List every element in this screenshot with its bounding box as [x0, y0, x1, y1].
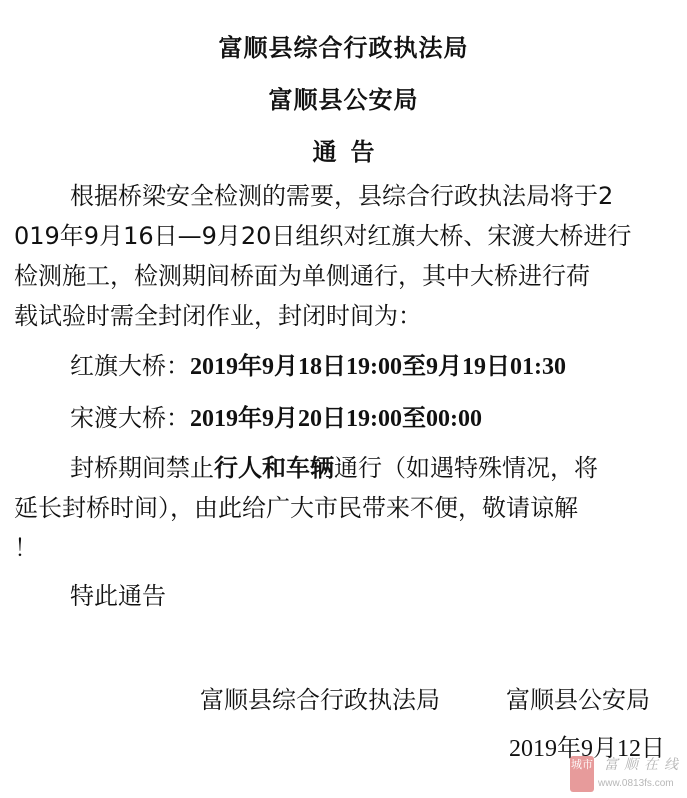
closure-time: 2019年9月20日19:00至00:00	[190, 406, 482, 432]
restriction-line-3: ！	[14, 528, 680, 568]
restriction-line-2: 延长封桥时间），由此给广大市民带来不便，敬请谅解	[14, 488, 680, 528]
restriction-paragraph: 封桥期间禁止行人和车辆通行（如遇特殊情况，将 延长封桥时间），由此给广大市民带来…	[14, 448, 680, 568]
signature-police: 富顺县公安局	[506, 680, 650, 715]
intro-line-1: 根据桥梁安全检测的需要，县综合行政执法局将于2	[14, 176, 680, 216]
intro-line-3: 检测施工，检测期间桥面为单侧通行，其中大桥进行荷	[14, 256, 680, 296]
watermark-site-name: 富顺在线	[604, 754, 684, 774]
watermark-url: www.0813fs.com	[598, 778, 674, 789]
issuer-heading-police: 富顺县公安局	[0, 80, 687, 115]
restriction-prefix: 封桥期间禁止	[70, 454, 214, 482]
closure-songdu: 宋渡大桥：2019年9月20日19:00至00:00	[70, 398, 482, 433]
restriction-emphasis: 行人和车辆	[214, 454, 334, 482]
bridge-name: 红旗大桥：	[70, 352, 190, 380]
notice-title: 通告	[0, 132, 687, 167]
restriction-line-1: 封桥期间禁止行人和车辆通行（如遇特殊情况，将	[14, 448, 680, 488]
intro-paragraph: 根据桥梁安全检测的需要，县综合行政执法局将于2 019年9月16日—9月20日组…	[14, 176, 680, 336]
restriction-suffix: 通行（如遇特殊情况，将	[334, 454, 598, 482]
signature-law-enforcement: 富顺县综合行政执法局	[200, 680, 440, 715]
site-watermark: 城市 富顺在线 www.0813fs.com	[570, 752, 687, 798]
closure-time: 2019年9月18日19:00至9月19日01:30	[190, 354, 566, 380]
closing-paragraph: 特此通告	[14, 576, 680, 616]
intro-line-4: 载试验时需全封闭作业，封闭时间为：	[14, 296, 680, 336]
issuer-heading-law-enforcement: 富顺县综合行政执法局	[0, 28, 687, 63]
intro-line-2: 019年9月16日—9月20日组织对红旗大桥、宋渡大桥进行	[14, 216, 680, 256]
bridge-name: 宋渡大桥：	[70, 404, 190, 432]
closure-hongqi: 红旗大桥：2019年9月18日19:00至9月19日01:30	[70, 346, 566, 381]
watermark-seal-icon: 城市	[570, 756, 594, 792]
closing-text: 特此通告	[14, 576, 680, 616]
